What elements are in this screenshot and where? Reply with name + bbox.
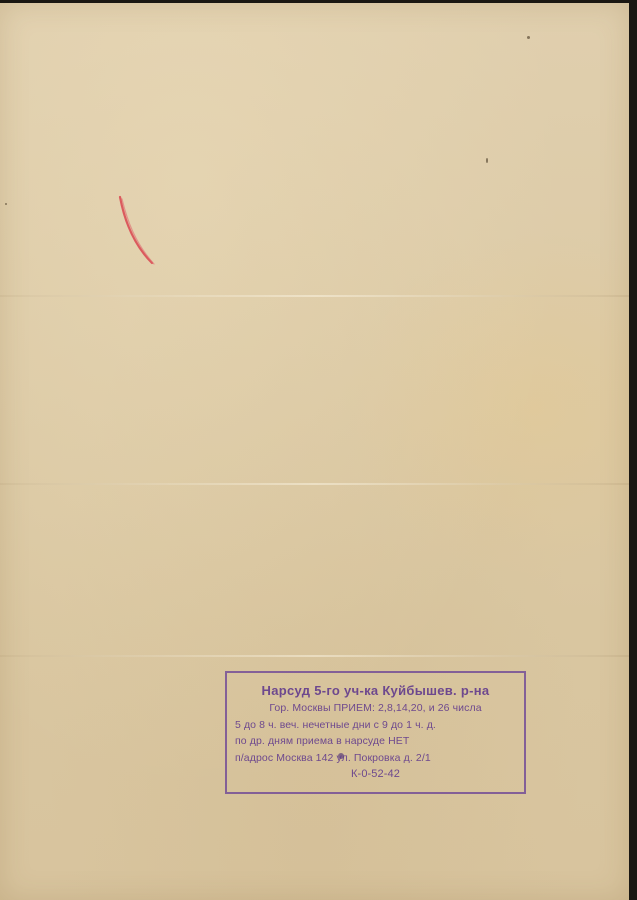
stamp-title: Нарсуд 5-го уч-ка Куйбышев. р-на <box>227 682 524 700</box>
paper-sheet: Нарсуд 5-го уч-ка Куйбышев. р-на Гор. Мо… <box>0 3 629 900</box>
paper-speck <box>527 36 530 39</box>
red-pencil-mark <box>118 193 158 268</box>
stamp-address: п/адрос Москва 142 ул. Покровка д. 2/1 <box>227 750 524 767</box>
stamp-code: К-0-52-42 <box>227 766 524 783</box>
stamp-line: по др. дням приема в нарсуде НЕТ <box>227 733 524 750</box>
stamp-line: Гор. Москвы ПРИЕМ: 2,8,14,20, и 26 числа <box>227 700 524 717</box>
fold-crease <box>0 655 629 657</box>
fold-crease <box>0 295 629 297</box>
stamp-line: 5 до 8 ч. веч. нечетные дни с 9 до 1 ч. … <box>227 717 524 734</box>
fold-crease <box>0 483 629 485</box>
paper-speck <box>5 203 7 205</box>
paper-speck <box>486 158 488 163</box>
court-stamp: Нарсуд 5-го уч-ка Куйбышев. р-на Гор. Мо… <box>225 671 526 794</box>
